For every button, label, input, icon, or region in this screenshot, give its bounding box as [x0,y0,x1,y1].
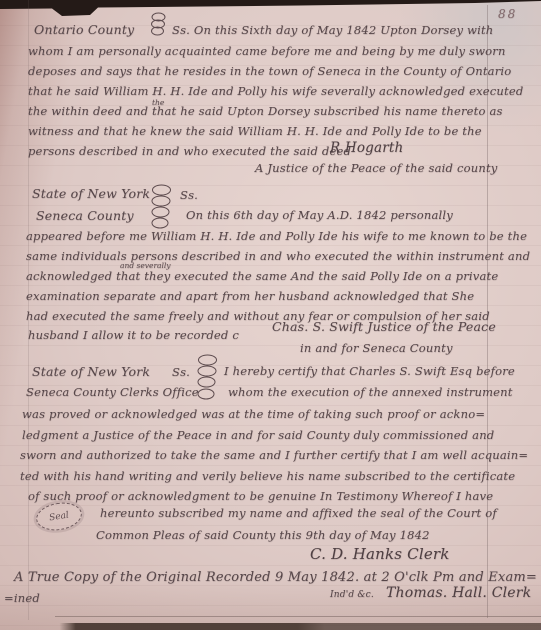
manuscript-line: ledgment a Justice of the Peace in and f… [22,430,494,442]
manuscript-line: sworn and authorized to take the same an… [20,450,528,462]
manuscript-line: hereunto subscribed my name and affixed … [100,508,497,520]
ss-abbrev: Ss. [180,190,198,202]
manuscript-line: acknowledged that they executed the same… [26,271,498,283]
county-heading: Ontario County [34,24,134,37]
page-number: 88 [498,8,517,20]
justice-signature-title: A Justice of the Peace of the said count… [255,163,497,175]
manuscript-line: of such proof or acknowledgment to be ge… [28,491,493,503]
ss-abbrev: Ss. [172,367,190,379]
manuscript-line: the within deed and that he said Upton D… [28,106,503,118]
justice-signature: R Hogarth [330,142,403,156]
manuscript-line: husband I allow it to be recorded c [28,330,239,342]
brace-coil-icon [150,184,172,230]
manuscript-line: same individuals persons described in an… [26,251,530,263]
office-heading: Seneca County Clerks Office [26,387,199,399]
photo-bottom-edge [0,623,541,630]
manuscript-line: ted with his hand writing and verily bel… [20,471,515,483]
manuscript-line: witness and that he knew the said Willia… [28,126,482,138]
justice-signature: Chas. S. Swift Justice of the Peace [272,321,496,334]
state-heading: State of New York [32,366,150,379]
bottom-rule [55,616,541,617]
brace-coil-icon [196,354,218,402]
clerk-signature: Thomas. Hall. Clerk [386,586,531,600]
state-heading: State of New York [32,188,150,201]
brace-coil-icon [150,12,166,38]
manuscript-line: appeared before me William H. H. Ide and… [26,231,527,243]
manuscript-line: Common Pleas of said County this 9th day… [96,530,430,542]
manuscript-line: =ined [4,593,40,605]
manuscript-line: persons described in and who executed th… [28,146,351,158]
manuscript-line: On this 6th day of May A.D. 1842 persona… [186,210,453,222]
seal-stamp: Seal [34,500,84,534]
clerk-signature: C. D. Hanks Clerk [310,547,450,562]
manuscript-line: I hereby certify that Charles S. Swift E… [224,366,515,378]
manuscript-line: examination separate and apart from her … [26,291,474,303]
photo-top-edge [0,0,541,18]
manuscript-line: was proved or acknowledged was at the ti… [22,409,485,421]
justice-signature-line2: in and for Seneca County [300,343,453,355]
manuscript-line: whom the execution of the annexed instru… [228,387,513,399]
seal-label: Seal [48,510,69,523]
manuscript-line: Ss. On this Sixth day of May 1842 Upton … [172,25,493,37]
county-heading: Seneca County [36,210,134,223]
manuscript-line: whom I am personally acquainted came bef… [28,46,506,58]
document-photo: 88 Ontario County Ss. On this Sixth day … [0,0,541,630]
interline-insertion: the [152,99,164,107]
index-note: Ind'd &c. [330,591,374,600]
manuscript-line: deposes and says that he resides in the … [28,66,511,78]
manuscript-line: that he said William H. H. Ide and Polly… [28,86,523,98]
manuscript-line: A True Copy of the Original Recorded 9 M… [14,571,537,584]
